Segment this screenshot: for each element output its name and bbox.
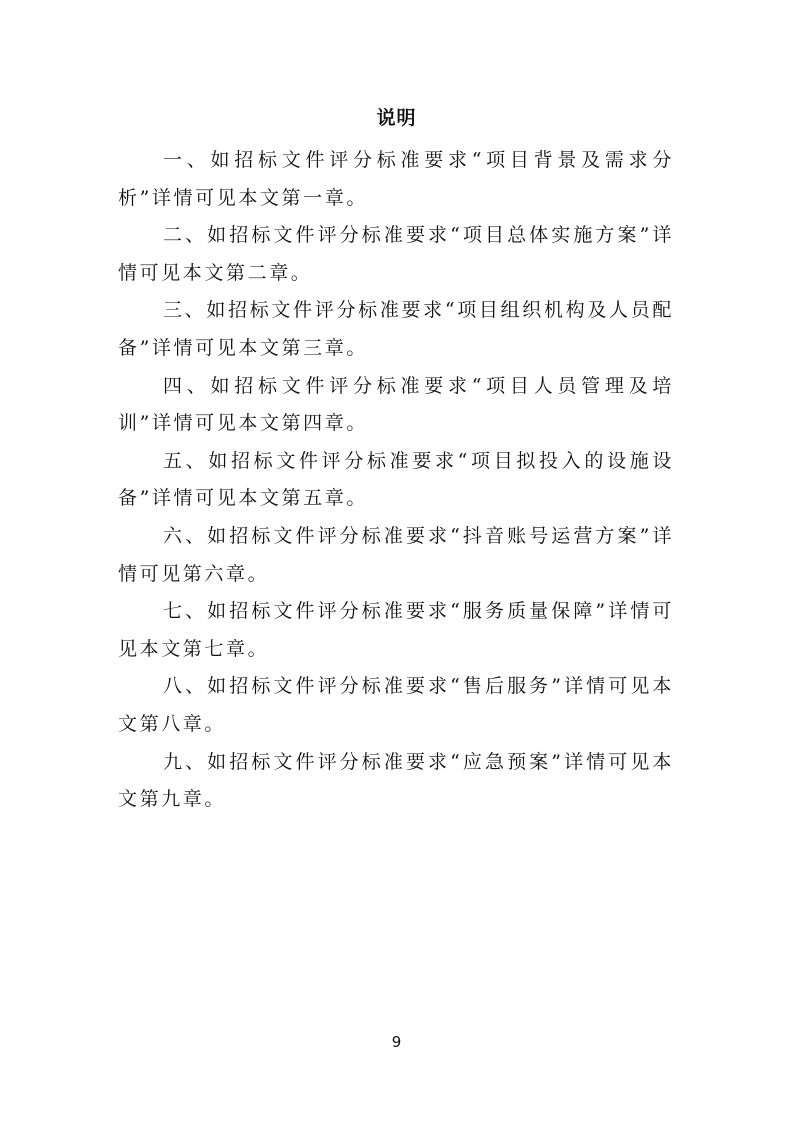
paragraph-4: 四、如招标文件评分标准要求“项目人员管理及培训”详情可见本文第四章。 (118, 368, 674, 443)
paragraph-7: 七、如招标文件评分标准要求“服务质量保障”详情可见本文第七章。 (118, 593, 674, 668)
paragraph-8: 八、如招标文件评分标准要求“售后服务”详情可见本文第八章。 (118, 668, 674, 743)
page-number: 9 (0, 1032, 793, 1052)
document-page: 说明 一、如招标文件评分标准要求“项目背景及需求分析”详情可见本文第一章。 二、… (0, 0, 793, 1122)
body-text: 一、如招标文件评分标准要求“项目背景及需求分析”详情可见本文第一章。 二、如招标… (118, 142, 674, 819)
paragraph-6: 六、如招标文件评分标准要求“抖音账号运营方案”详情可见第六章。 (118, 518, 674, 593)
paragraph-5: 五、如招标文件评分标准要求“项目拟投入的设施设备”详情可见本文第五章。 (118, 443, 674, 518)
page-title: 说明 (0, 104, 793, 132)
paragraph-2: 二、如招标文件评分标准要求“项目总体实施方案”详情可见本文第二章。 (118, 217, 674, 292)
paragraph-9: 九、如招标文件评分标准要求“应急预案”详情可见本文第九章。 (118, 744, 674, 819)
paragraph-3: 三、如招标文件评分标准要求“项目组织机构及人员配备”详情可见本文第三章。 (118, 292, 674, 367)
paragraph-1: 一、如招标文件评分标准要求“项目背景及需求分析”详情可见本文第一章。 (118, 142, 674, 217)
